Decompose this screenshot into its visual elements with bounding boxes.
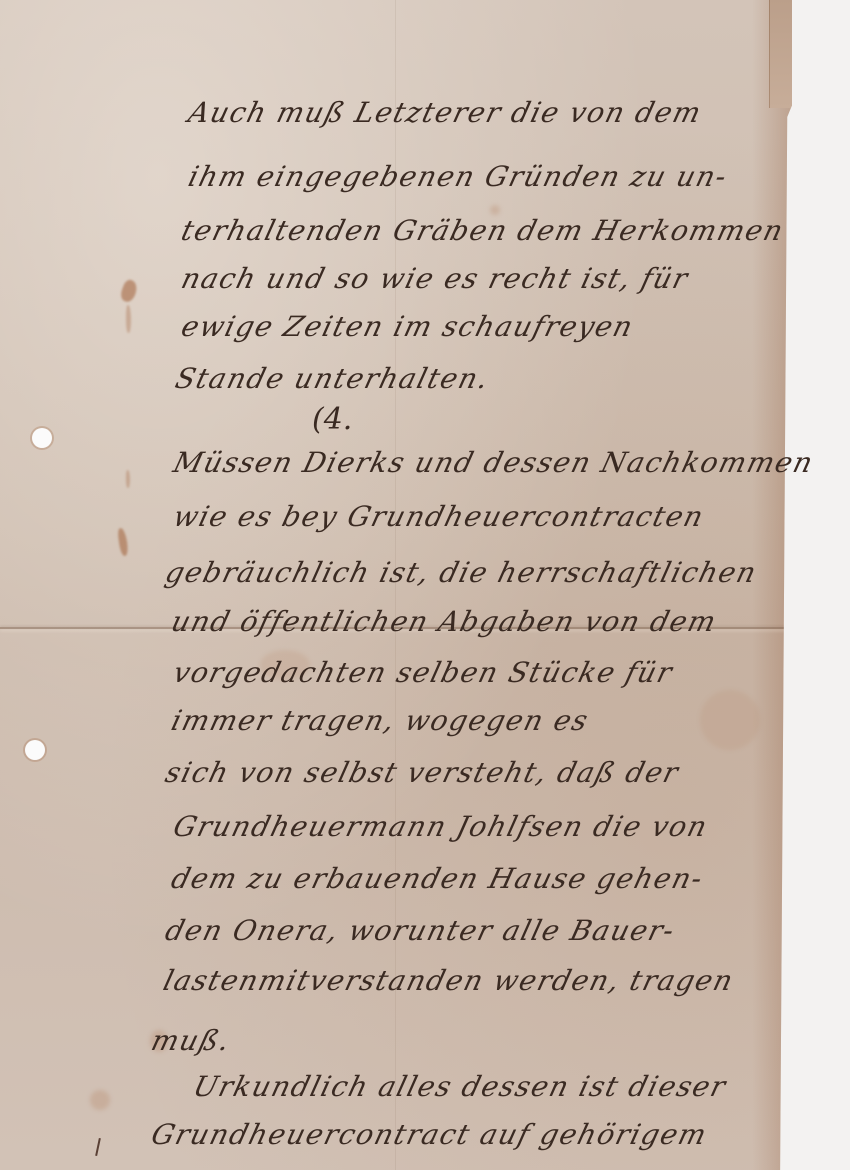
- handwritten-text: Auch muß Letzterer die von dem ihm einge…: [0, 0, 792, 1170]
- text-line: ewige Zeiten im schaufreyen: [178, 310, 637, 343]
- ink-mark: [95, 1138, 101, 1156]
- text-line: vorgedachten selben Stücke für: [170, 656, 677, 689]
- section-number: (4.: [312, 402, 352, 437]
- text-line: den Onera, worunter alle Bauer-: [162, 914, 679, 947]
- text-line: Urkundlich alles dessen ist dieser: [190, 1070, 730, 1103]
- text-line: ihm eingegebenen Gründen zu un-: [185, 160, 731, 193]
- text-line: wie es bey Grundheuercontracten: [170, 500, 708, 533]
- text-line: nach und so wie es recht ist, für: [178, 262, 692, 295]
- text-line: dem zu erbauenden Hause gehen-: [168, 862, 707, 895]
- text-line: muß.: [148, 1024, 234, 1057]
- text-line: Stande unterhalten.: [172, 362, 493, 395]
- text-line: terhaltenden Gräben dem Herkommen: [178, 214, 788, 247]
- text-line: gebräuchlich ist, die herrschaftlichen: [162, 556, 761, 589]
- text-line: Grundheuercontract auf gehörigem: [148, 1118, 711, 1151]
- text-line: Auch muß Letzterer die von dem: [185, 96, 706, 129]
- text-line: Müssen Dierks und dessen Nachkommen: [170, 446, 817, 479]
- text-line: Grundheuermann Johlfsen die von: [170, 810, 712, 843]
- text-line: immer tragen, wogegen es: [168, 704, 592, 737]
- text-line: lastenmitverstanden werden, tragen: [160, 964, 738, 997]
- text-line: und öffentlichen Abgaben von dem: [168, 605, 721, 638]
- text-line: sich von selbst versteht, daß der: [162, 756, 683, 789]
